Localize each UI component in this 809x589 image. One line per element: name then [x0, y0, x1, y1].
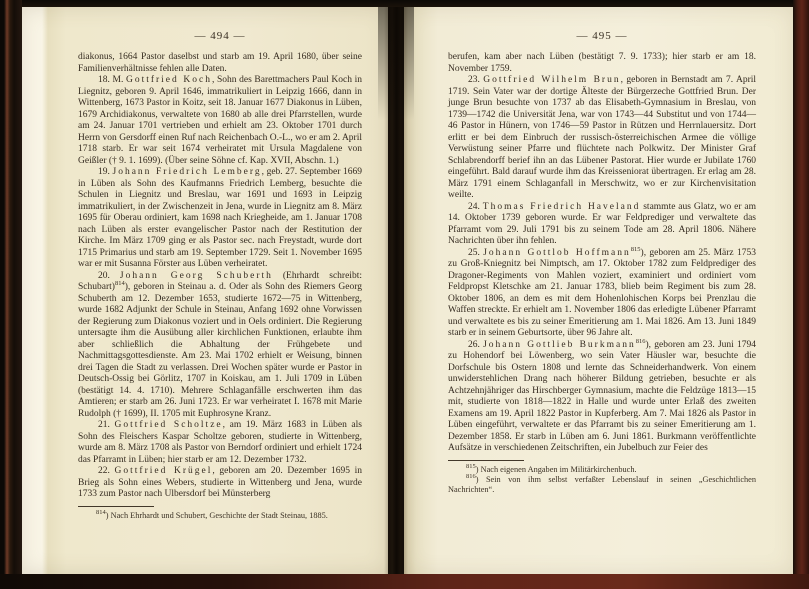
left-page-content: — 494 — diakonus, 1664 Pastor daselbst u… [20, 7, 388, 521]
book-gutter-shadow-top [378, 0, 414, 120]
paragraph-24: 24. Thomas Friedrich Haveland stammte au… [448, 202, 756, 248]
paragraph-20: 20. Johann Georg Schuberth (Ehrhardt sch… [78, 271, 362, 421]
left-page: — 494 — diakonus, 1664 Pastor daselbst u… [20, 7, 388, 574]
paragraph-19: 19. Johann Friedrich Lemberg, geb. 27. S… [78, 167, 362, 271]
right-page-body: berufen, kam aber nach Lüben (bestätigt … [448, 52, 756, 455]
paragraph-26: 26. Johann Gottlieb Burkmann816), gebore… [448, 340, 756, 455]
footnote-816: 816) Sein von ihm selbst verfaßter Leben… [448, 475, 756, 495]
left-page-footnotes: 814) Nach Ehrhardt und Schubert, Geschic… [78, 511, 362, 521]
paragraph-continuation-left: diakonus, 1664 Pastor daselbst und starb… [78, 52, 362, 75]
paragraph-22: 22. Gottfried Krügel, geboren am 20. Dez… [78, 466, 362, 501]
footnote-815: 815) Nach eigenen Angaben im Militärkirc… [448, 465, 756, 475]
paragraph-18: 18. M. Gottfried Koch, Sohn des Barettma… [78, 75, 362, 167]
page-number-left: — 494 — [78, 30, 362, 42]
right-page: — 495 — berufen, kam aber nach Lüben (be… [404, 7, 794, 574]
paragraph-25: 25. Johann Gottlob Hoffmann815), geboren… [448, 248, 756, 340]
cover-edge-top [0, 0, 809, 7]
left-page-body: diakonus, 1664 Pastor daselbst und starb… [78, 52, 362, 501]
paragraph-21: 21. Gottfried Scholtze, am 19. März 1683… [78, 420, 362, 466]
footnote-rule-right [448, 460, 524, 461]
paragraph-23: 23. Gottfried Wilhelm Brun, geboren in B… [448, 75, 756, 202]
right-page-footnotes: 815) Nach eigenen Angaben im Militärkirc… [448, 465, 756, 496]
cover-edge-right [793, 0, 809, 589]
cover-edge-left [0, 0, 22, 589]
right-page-content: — 495 — berufen, kam aber nach Lüben (be… [404, 7, 794, 495]
page-number-right: — 495 — [448, 30, 756, 42]
footnote-rule-left [78, 506, 154, 507]
cover-edge-bottom [0, 574, 809, 589]
paragraph-continuation-right: berufen, kam aber nach Lüben (bestätigt … [448, 52, 756, 75]
footnote-814: 814) Nach Ehrhardt und Schubert, Geschic… [78, 511, 362, 521]
book-scan: — 494 — diakonus, 1664 Pastor daselbst u… [0, 0, 809, 589]
